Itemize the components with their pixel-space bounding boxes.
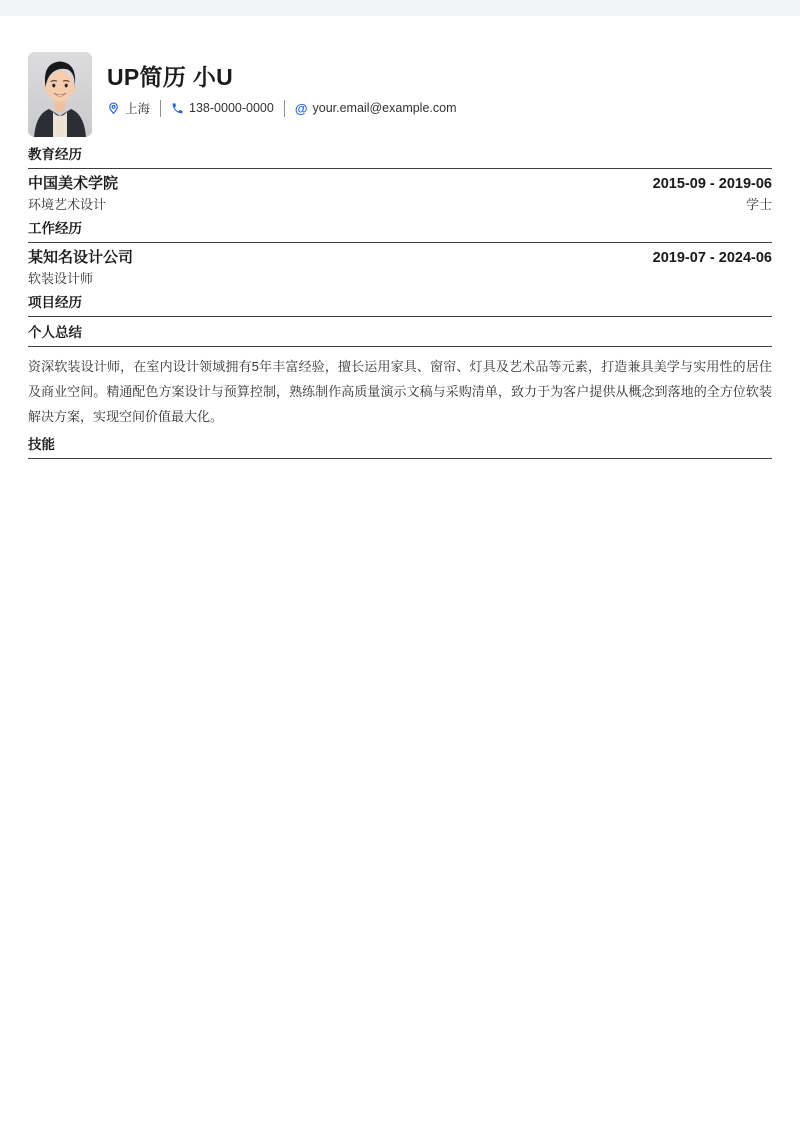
avatar [28,52,92,137]
contact-divider [284,100,285,117]
section-education: 教育经历 中国美术学院 2015-09 - 2019-06 环境艺术设计 学士 [28,147,772,213]
education-entry-sub: 环境艺术设计 学士 [28,196,772,213]
section-title-projects: 项目经历 [28,295,772,317]
candidate-name: UP简历 小U [107,64,457,90]
work-entry-sub: 软装设计师 [28,270,772,287]
section-work: 工作经历 某知名设计公司 2019-07 - 2024-06 软装设计师 [28,221,772,287]
at-icon: @ [295,102,308,115]
contact-divider [160,100,161,117]
phone-icon [171,102,184,115]
education-degree: 学士 [746,196,772,213]
education-entry-head: 中国美术学院 2015-09 - 2019-06 [28,174,772,194]
contact-item: @your.email@example.com [295,101,457,115]
work-date: 2019-07 - 2024-06 [653,248,772,268]
section-summary: 个人总结 资深软装设计师，在室内设计领域拥有5年丰富经验，擅长运用家具、窗帘、灯… [28,325,772,429]
education-date: 2015-09 - 2019-06 [653,174,772,194]
school-name: 中国美术学院 [28,174,118,194]
summary-text: 资深软装设计师，在室内设计领域拥有5年丰富经验，擅长运用家具、窗帘、灯具及艺术品… [28,354,772,429]
section-projects: 项目经历 [28,295,772,317]
page-top-strip [0,0,800,16]
location-icon [107,102,120,115]
job-title: 软装设计师 [28,270,93,287]
education-major: 环境艺术设计 [28,196,106,213]
contact-text: 138-0000-0000 [189,101,274,115]
header-text-block: UP简历 小U 上海138-0000-0000@your.email@examp… [107,52,457,137]
avatar-portrait-image [28,52,92,137]
section-title-education: 教育经历 [28,147,772,169]
resume-page: UP简历 小U 上海138-0000-0000@your.email@examp… [0,52,800,459]
contact-item: 138-0000-0000 [171,101,274,115]
section-title-work: 工作经历 [28,221,772,243]
contact-row: 上海138-0000-0000@your.email@example.com [107,99,457,117]
contact-text: 上海 [125,99,150,117]
section-skills: 技能 [28,437,772,459]
contact-item: 上海 [107,99,150,117]
section-title-skills: 技能 [28,437,772,459]
company-name: 某知名设计公司 [28,248,133,268]
section-title-summary: 个人总结 [28,325,772,347]
contact-text: your.email@example.com [313,101,457,115]
work-entry-head: 某知名设计公司 2019-07 - 2024-06 [28,248,772,268]
resume-header: UP简历 小U 上海138-0000-0000@your.email@examp… [28,52,772,137]
